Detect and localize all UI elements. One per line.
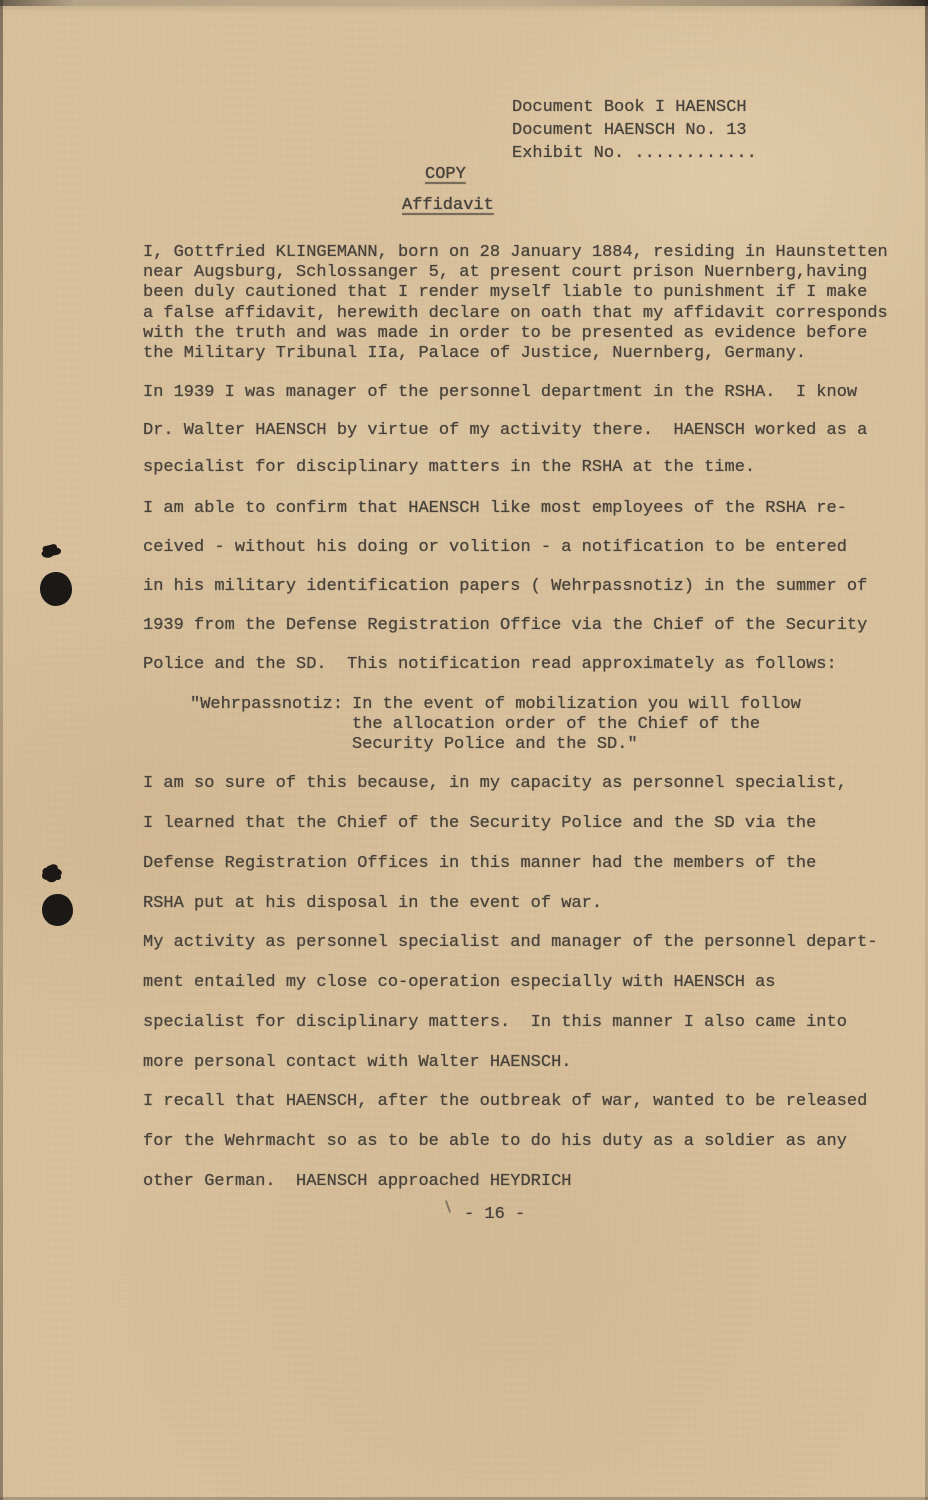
- text-line: for the Wehrmacht so as to be able to do…: [143, 1122, 867, 1162]
- paragraph-notification: I am able to confirm that HAENSCH like m…: [143, 489, 867, 684]
- paragraph-rsha-position: In 1939 I was manager of the personnel d…: [143, 374, 867, 487]
- scanned-affidavit-page: Document Book I HAENSCHDocument HAENSCH …: [0, 0, 928, 1500]
- affidavit-title: Affidavit: [402, 196, 494, 215]
- ink-blot-round-bottom: [42, 894, 73, 926]
- ink-blot-irregular-bottom: [39, 862, 67, 892]
- text-line: I recall that HAENSCH, after the outbrea…: [143, 1082, 867, 1122]
- text-line: the Military Tribunal IIa, Palace of Jus…: [143, 344, 888, 364]
- paragraph-cooperation: My activity as personnel specialist and …: [143, 923, 878, 1083]
- text-line: near Augsburg, Schlossanger 5, at presen…: [143, 263, 888, 283]
- text-line: ment entailed my close co-operation espe…: [143, 963, 878, 1003]
- text-line: I, Gottfried KLINGEMANN, born on 28 Janu…: [143, 243, 888, 263]
- text-line: Dr. Walter HAENSCH by virtue of my activ…: [143, 412, 867, 450]
- text-line: I am able to confirm that HAENSCH like m…: [143, 489, 867, 528]
- text-line: I am so sure of this because, in my capa…: [143, 764, 847, 804]
- text-line: more personal contact with Walter HAENSC…: [143, 1043, 878, 1083]
- text-line: the allocation order of the Chief of the: [352, 715, 801, 735]
- paragraph-identification: I, Gottfried KLINGEMANN, born on 28 Janu…: [143, 243, 888, 364]
- text-line: RSHA put at his disposal in the event of…: [143, 884, 847, 924]
- text-line: Defense Registration Offices in this man…: [143, 844, 847, 884]
- text-line: specialist for disciplinary matters. In …: [143, 1003, 878, 1043]
- page-number: - 16 -: [464, 1205, 525, 1225]
- ink-blot-irregular-top: [37, 543, 65, 568]
- text-line: ceived - without his doing or volition -…: [143, 528, 867, 567]
- text-line: My activity as personnel specialist and …: [143, 923, 878, 963]
- text-line: Document HAENSCH No. 13: [512, 119, 757, 142]
- text-line: with the truth and was made in order to …: [143, 324, 888, 344]
- scan-left-edge: [0, 0, 3, 1500]
- copy-heading: COPY: [425, 165, 466, 185]
- text-line: Exhibit No. ............: [512, 142, 757, 165]
- text-line: I learned that the Chief of the Security…: [143, 804, 847, 844]
- text-line: specialist for disciplinary matters in t…: [143, 449, 867, 487]
- quote-text: In the event of mobilization you will fo…: [352, 695, 801, 755]
- scan-top-edge: [0, 0, 928, 6]
- copy-label: COPY: [425, 165, 466, 184]
- text-line: Document Book I HAENSCH: [512, 96, 757, 119]
- paragraph-certainty: I am so sure of this because, in my capa…: [143, 764, 847, 924]
- text-line: in his military identification papers ( …: [143, 567, 867, 606]
- affidavit-heading: Affidavit: [402, 196, 494, 216]
- text-line: In 1939 I was manager of the personnel d…: [143, 374, 867, 412]
- text-line: been duly cautioned that I render myself…: [143, 283, 888, 303]
- quote-label: "Wehrpassnotiz:: [190, 695, 343, 715]
- text-line: 1939 from the Defense Registration Offic…: [143, 606, 867, 645]
- text-line: a false affidavit, herewith declare on o…: [143, 304, 888, 324]
- text-line: other German. HAENSCH approached HEYDRIC…: [143, 1162, 867, 1202]
- ink-blot-round-top: [40, 572, 72, 606]
- document-reference-block: Document Book I HAENSCHDocument HAENSCH …: [512, 96, 757, 165]
- text-line: Police and the SD. This notification rea…: [143, 645, 867, 684]
- text-line: Security Police and the SD.": [352, 735, 801, 755]
- paragraph-wehrmacht: I recall that HAENSCH, after the outbrea…: [143, 1082, 867, 1202]
- text-line: In the event of mobilization you will fo…: [352, 695, 801, 715]
